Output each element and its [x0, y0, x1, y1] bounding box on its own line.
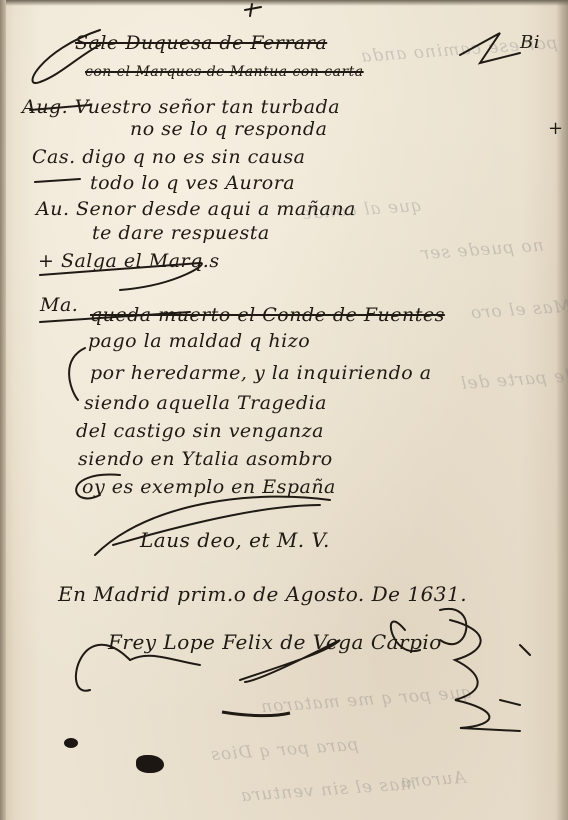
- verse-line: siendo en Ytalia asombro: [78, 448, 333, 470]
- date-line: En Madrid prim.o de Agosto. De 1631.: [58, 582, 467, 606]
- verse-line: no se lo q responda: [130, 118, 327, 140]
- heading-struck-line: con el Marques de Mantua con carta: [85, 64, 364, 80]
- stage-direction: + Salga el Marq.s: [38, 250, 220, 272]
- verse-line-struck: queda muerto el Conde de Fuentes: [90, 304, 445, 326]
- page-top-edge: [0, 0, 568, 6]
- heading-struck-line: Sale Duquesa de Ferrara: [75, 32, 327, 54]
- verse-line: oy es exemplo en España: [82, 476, 336, 498]
- verse-line: todo lo q ves Aurora: [90, 172, 295, 194]
- verse-line: te dare respuesta: [92, 222, 270, 244]
- bleed-through-text: de parte del: [459, 366, 568, 394]
- author-signature: Frey Lope Felix de Vega Carpio: [108, 630, 442, 654]
- ink-blot: [136, 755, 164, 773]
- verse-line: Au. Senor desde aqui a mañana: [36, 198, 356, 220]
- bleed-through-text: no puede ser: [419, 236, 544, 265]
- manuscript-page: por ese camino anda que al conde no pued…: [0, 0, 568, 820]
- verse-line: Aug. Vuestro señor tan turbada: [22, 96, 340, 118]
- bleed-through-text: para por q Dios: [209, 735, 359, 765]
- verse-line: del castigo sin venganza: [76, 420, 324, 442]
- page-left-edge: [0, 0, 6, 820]
- verse-line: siendo aquella Tragedia: [84, 392, 327, 414]
- bleed-through-text: que por q me mataron: [260, 683, 473, 718]
- corner-mark: Bi: [520, 32, 540, 53]
- bleed-through-text: Mas el oro: [469, 296, 568, 323]
- speaker-label: Ma.: [40, 294, 78, 316]
- verse-line: Cas. digo q no es sin causa: [32, 146, 305, 168]
- laus-deo: Laus deo, et M. V.: [140, 528, 330, 552]
- verse-line: por heredarme, y la inquiriendo a: [90, 362, 432, 384]
- margin-cross: +: [548, 118, 564, 139]
- bleed-through-text: mas el sin ventura: [240, 774, 417, 806]
- ink-blot: [64, 738, 78, 748]
- verse-line: pago la maldad q hizo: [88, 330, 310, 352]
